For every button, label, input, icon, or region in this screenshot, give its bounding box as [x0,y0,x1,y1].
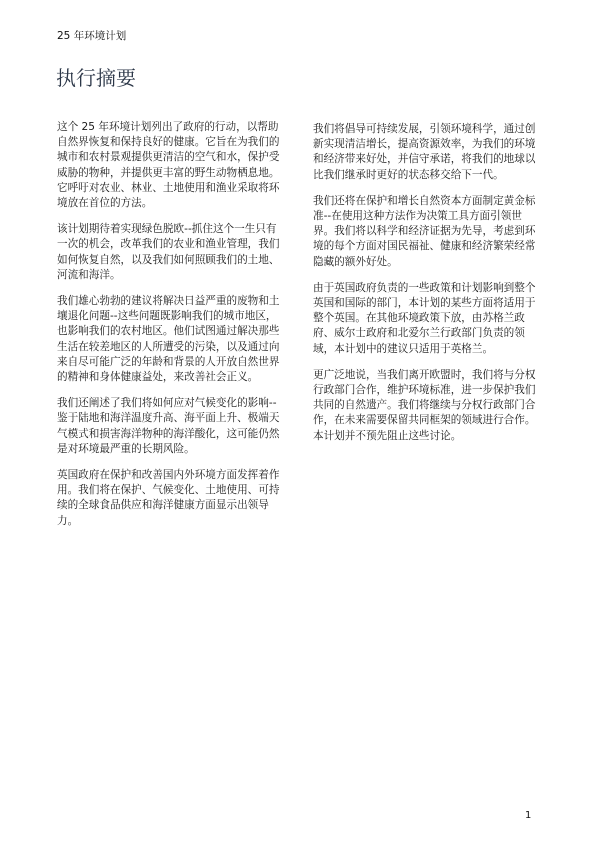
paragraph: 由于英国政府负责的一些政策和计划影响到整个英国和国际的部门，本计划的某些方面将适… [313,281,541,357]
paragraph: 我们还阐述了我们将如何应对气候变化的影响--鉴于陆地和海洋温度升高、海平面上升、… [57,396,285,457]
paragraph: 我们将倡导可持续发展，引领环境科学，通过创新实现清洁增长，提高资源效率，为我们的… [313,122,541,183]
page-title: 执行摘要 [56,62,136,91]
paragraph: 更广泛地说，当我们离开欧盟时，我们将与分权行政部门合作，维护环境标准，进一步保护… [313,368,541,444]
paragraph: 这个 25 年环境计划列出了政府的行动，以帮助自然界恢复和保持良好的健康。它旨在… [57,120,285,211]
paragraph: 英国政府在保护和改善国内外环境方面发挥着作用。我们将在保护、气候变化、土地使用、… [57,468,285,529]
paragraph: 该计划期待着实现绿色脱欧--抓住这个一生只有一次的机会，改革我们的农业和渔业管理… [57,222,285,283]
paragraph: 我们雄心勃勃的建议将解决日益严重的废物和土壤退化问题--这些问题既影响我们的城市… [57,294,285,385]
left-column: 这个 25 年环境计划列出了政府的行动，以帮助自然界恢复和保持良好的健康。它旨在… [57,120,285,540]
page-number: 1 [525,810,531,821]
running-header: 25 年环境计划 [57,28,126,43]
paragraph: 我们还将在保护和增长自然资本方面制定黄金标准--在使用这种方法作为决策工具方面引… [313,194,541,270]
right-column: 我们将倡导可持续发展，引领环境科学，通过创新实现清洁增长，提高资源效率，为我们的… [313,122,541,455]
